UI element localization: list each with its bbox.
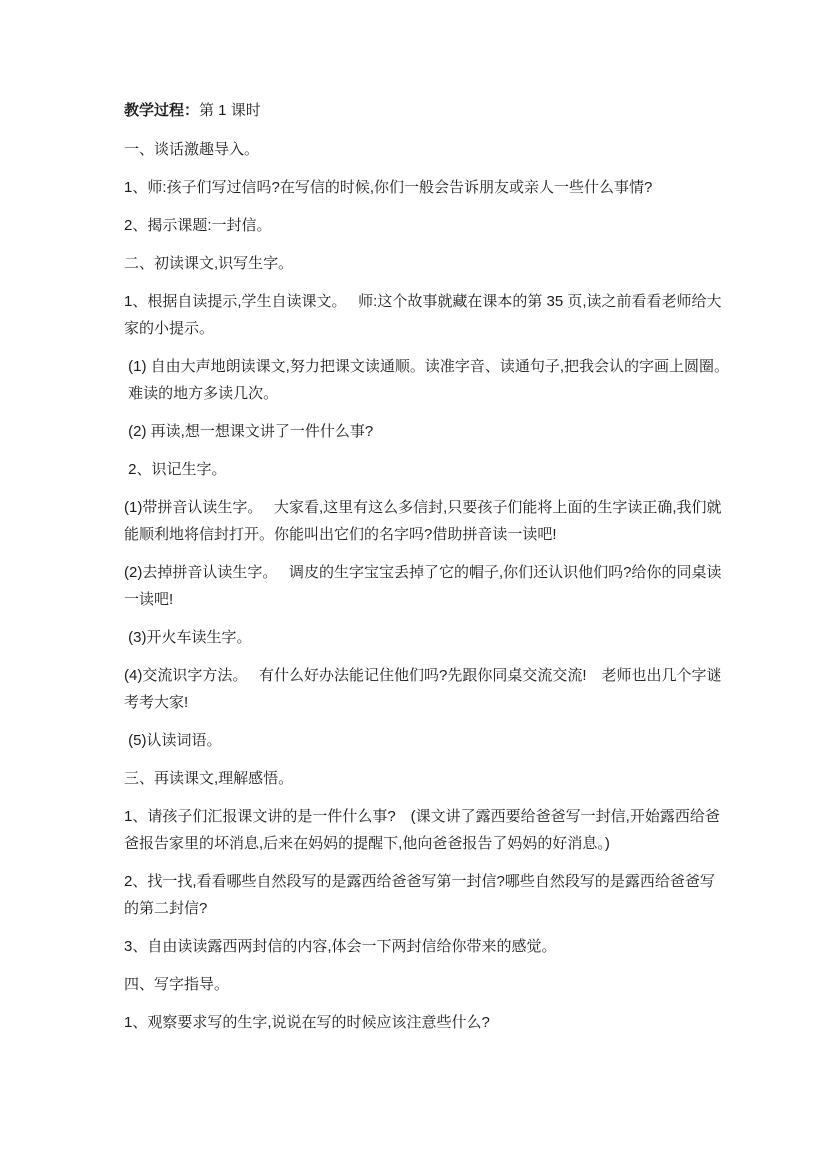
paragraph: (5)认读词语。 bbox=[124, 727, 737, 754]
doc-title: 教学过程：第 1 课时 bbox=[124, 97, 737, 124]
paragraph: 一、谈话激趣导入。 bbox=[124, 136, 737, 163]
paragraph: 2、识记生字。 bbox=[124, 456, 737, 483]
paragraph: 三、再读课文,理解感悟。 bbox=[124, 765, 737, 792]
document-body: { "document": { "title": { "bold_part": … bbox=[0, 0, 827, 1170]
paragraph: 1、请孩子们汇报课文讲的是一件什么事? (课文讲了露西要给爸爸写一封信,开始露西… bbox=[124, 803, 737, 857]
paragraph: (2)去掉拼音认读生字。 调皮的生字宝宝丢掉了它的帽子,你们还认识他们吗?给你的… bbox=[124, 559, 737, 613]
paragraph: (1)带拼音认读生字。 大家看,这里有这么多信封,只要孩子们能将上面的生字读正确… bbox=[124, 494, 737, 548]
paragraph: 3、自由读读露西两封信的内容,体会一下两封信给你带来的感觉。 bbox=[124, 933, 737, 960]
paragraph: (4)交流识字方法。 有什么好办法能记住他们吗?先跟你同桌交流交流! 老师也出几… bbox=[124, 662, 737, 716]
paragraph: 二、初读课文,识写生字。 bbox=[124, 250, 737, 277]
paragraph: 2、揭示课题:一封信。 bbox=[124, 212, 737, 239]
lesson-plan-page: 教学过程：第 1 课时 一、谈话激趣导入。 1、师:孩子们写过信吗?在写信的时候… bbox=[0, 0, 827, 1170]
paragraph: 1、根据自读提示,学生自读课文。 师:这个故事就藏在课本的第 35 页,读之前看… bbox=[124, 288, 737, 342]
paragraph: 1、师:孩子们写过信吗?在写信的时候,你们一般会告诉朋友或亲人一些什么事情? bbox=[124, 174, 737, 201]
paragraph: (1) 自由大声地朗读课文,努力把课文读通顺。读准字音、读通句子,把我会认的字画… bbox=[124, 353, 737, 407]
paragraph: 2、找一找,看看哪些自然段写的是露西给爸爸写第一封信?哪些自然段写的是露西给爸爸… bbox=[124, 868, 737, 922]
paragraph: (2) 再读,想一想课文讲了一件什么事? bbox=[124, 418, 737, 445]
doc-title-value: 第 1 课时 bbox=[199, 102, 261, 119]
paragraph: 1、观察要求写的生字,说说在写的时候应该注意些什么? bbox=[124, 1009, 737, 1036]
paragraph: (3)开火车读生字。 bbox=[124, 624, 737, 651]
doc-title-label: 教学过程： bbox=[124, 102, 199, 119]
paragraph: 四、写字指导。 bbox=[124, 971, 737, 998]
document-root: html, body { margin: 0; padding: 0; back… bbox=[0, 0, 827, 1170]
